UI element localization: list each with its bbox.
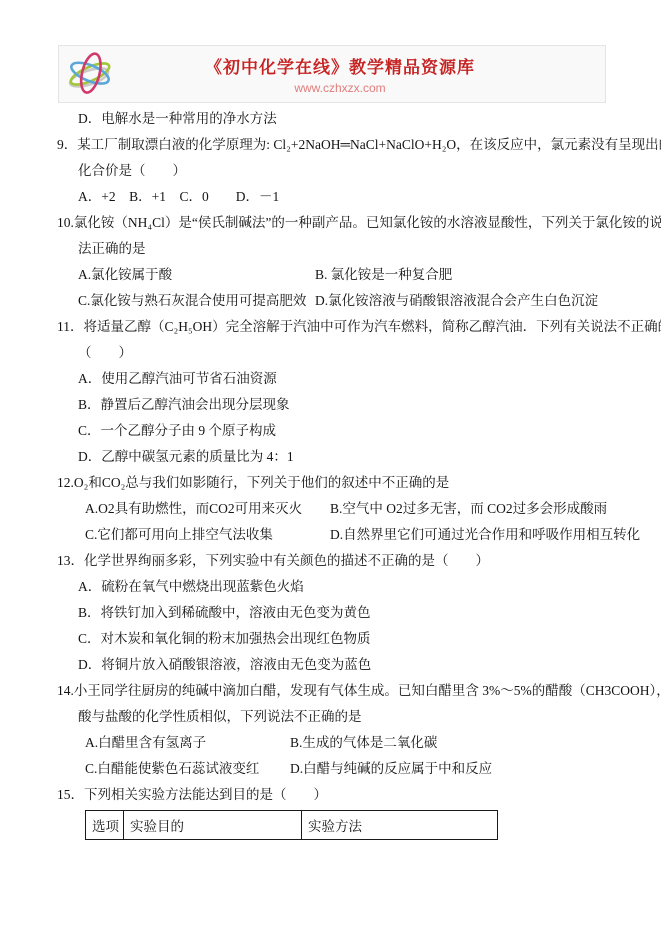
q10-option-b: B. 氯化铵是一种复合肥 — [315, 262, 452, 288]
exam-content: D．电解水是一种常用的净水方法 9．某工厂制取漂白液的化学原理为: Cl₂+2N… — [0, 106, 661, 840]
atom-logo-icon — [59, 46, 121, 102]
header-text: 《初中化学在线》教学精品资源库 www.czhxzx.com — [121, 53, 605, 95]
q13-option-b: B．将铁钉加入到稀硫酸中，溶液由无色变为黄色 — [0, 600, 661, 626]
q14-stem-line2: 酸与盐酸的化学性质相似，下列说法不正确的是 — [0, 704, 661, 730]
q12-options-row2: C.它们都可用向上排空气法收集 D.自然界里它们可通过光合作用和呼吸作用相互转化 — [0, 522, 661, 548]
q14-option-b: B.生成的气体是二氧化碳 — [290, 730, 437, 756]
site-title: 《初中化学在线》教学精品资源库 — [121, 53, 559, 78]
q12-option-b: B.空气中 O2过多无害，而 CO2过多会形成酸雨 — [330, 496, 607, 522]
site-url-link[interactable]: www.czhxzx.com — [121, 81, 559, 95]
q10-option-d: D.氯化铵溶液与硝酸银溶液混合会产生白色沉淀 — [315, 288, 598, 314]
q13-stem-line1: 13．化学世界绚丽多彩，下列实验中有关颜色的描述不正确的是（ ） — [0, 548, 661, 574]
q10-stem-line2: 法正确的是 — [0, 236, 661, 262]
q12-option-c: C.它们都可用向上排空气法收集 — [85, 522, 330, 548]
q15-col-option: 选项 — [86, 811, 124, 840]
q11-option-a: A．使用乙醇汽油可节省石油资源 — [0, 366, 661, 392]
q14-option-a: A.白醋里含有氢离子 — [85, 730, 290, 756]
q10-stem-line1: 10.氯化铵（NH₄Cl）是“侯氏制碱法”的一种副产品。已知氯化铵的水溶液显酸性… — [0, 210, 661, 236]
q9-options: A．+2 B．+1 C．0 D．－1 — [0, 184, 661, 210]
q10-options-row2: C.氯化铵与熟石灰混合使用可提高肥效 D.氯化铵溶液与硝酸银溶液混合会产生白色沉… — [0, 288, 661, 314]
q12-options-row1: A.O2具有助燃性，而CO2可用来灭火 B.空气中 O2过多无害，而 CO2过多… — [0, 496, 661, 522]
q9-stem-line2: 化合价是（ ） — [0, 158, 661, 184]
site-header: 《初中化学在线》教学精品资源库 www.czhxzx.com — [58, 45, 606, 103]
q11-stem-line2: （ ） — [0, 340, 661, 366]
q14-options-row1: A.白醋里含有氢离子 B.生成的气体是二氧化碳 — [0, 730, 661, 756]
q14-stem-line1: 14.小王同学往厨房的纯碱中滴加白醋，发现有气体生成。已知白醋里含 3%～5%的… — [0, 678, 661, 704]
q14-options-row2: C.白醋能使紫色石蕊试液变红 D.白醋与纯碱的反应属于中和反应 — [0, 756, 661, 782]
atom-logo-svg — [63, 48, 117, 100]
q11-option-b: B．静置后乙醇汽油会出现分层现象 — [0, 392, 661, 418]
q14-option-d: D.白醋与纯碱的反应属于中和反应 — [290, 756, 492, 782]
q15-table-header-row: 选项 实验目的 实验方法 — [86, 811, 498, 840]
q9-stem-line1: 9．某工厂制取漂白液的化学原理为: Cl₂+2NaOH═NaCl+NaClO+H… — [0, 132, 661, 158]
q15-col-purpose: 实验目的 — [124, 811, 302, 840]
q13-option-a: A．硫粉在氧气中燃烧出现蓝紫色火焰 — [0, 574, 661, 600]
q15-table: 选项 实验目的 实验方法 — [85, 810, 498, 840]
q15-col-method: 实验方法 — [302, 811, 498, 840]
q10-options-row1: A.氯化铵属于酸 B. 氯化铵是一种复合肥 — [0, 262, 661, 288]
q8-option-d: D．电解水是一种常用的净水方法 — [0, 106, 661, 132]
q11-option-c: C．一个乙醇分子由 9 个原子构成 — [0, 418, 661, 444]
q12-option-d: D.自然界里它们可通过光合作用和呼吸作用相互转化 — [330, 522, 640, 548]
q10-option-a: A.氯化铵属于酸 — [78, 262, 315, 288]
q11-stem-line1: 11．将适量乙醇（C₂H₅OH）完全溶解于汽油中可作为汽车燃料，简称乙醇汽油．下… — [0, 314, 661, 340]
q11-option-d: D．乙醇中碳氢元素的质量比为 4：1 — [0, 444, 661, 470]
q14-option-c: C.白醋能使紫色石蕊试液变红 — [85, 756, 290, 782]
q15-stem-line1: 15．下列相关实验方法能达到目的是（ ） — [0, 782, 661, 808]
q13-option-c: C．对木炭和氧化铜的粉末加强热会出现红色物质 — [0, 626, 661, 652]
q10-option-c: C.氯化铵与熟石灰混合使用可提高肥效 — [78, 288, 315, 314]
q12-stem-line1: 12.O₂和CO₂总与我们如影随行，下列关于他们的叙述中不正确的是 — [0, 470, 661, 496]
q12-option-a: A.O2具有助燃性，而CO2可用来灭火 — [85, 496, 330, 522]
q13-option-d: D．将铜片放入硝酸银溶液，溶液由无色变为蓝色 — [0, 652, 661, 678]
exam-page: 《初中化学在线》教学精品资源库 www.czhxzx.com D．电解水是一种常… — [0, 0, 661, 935]
